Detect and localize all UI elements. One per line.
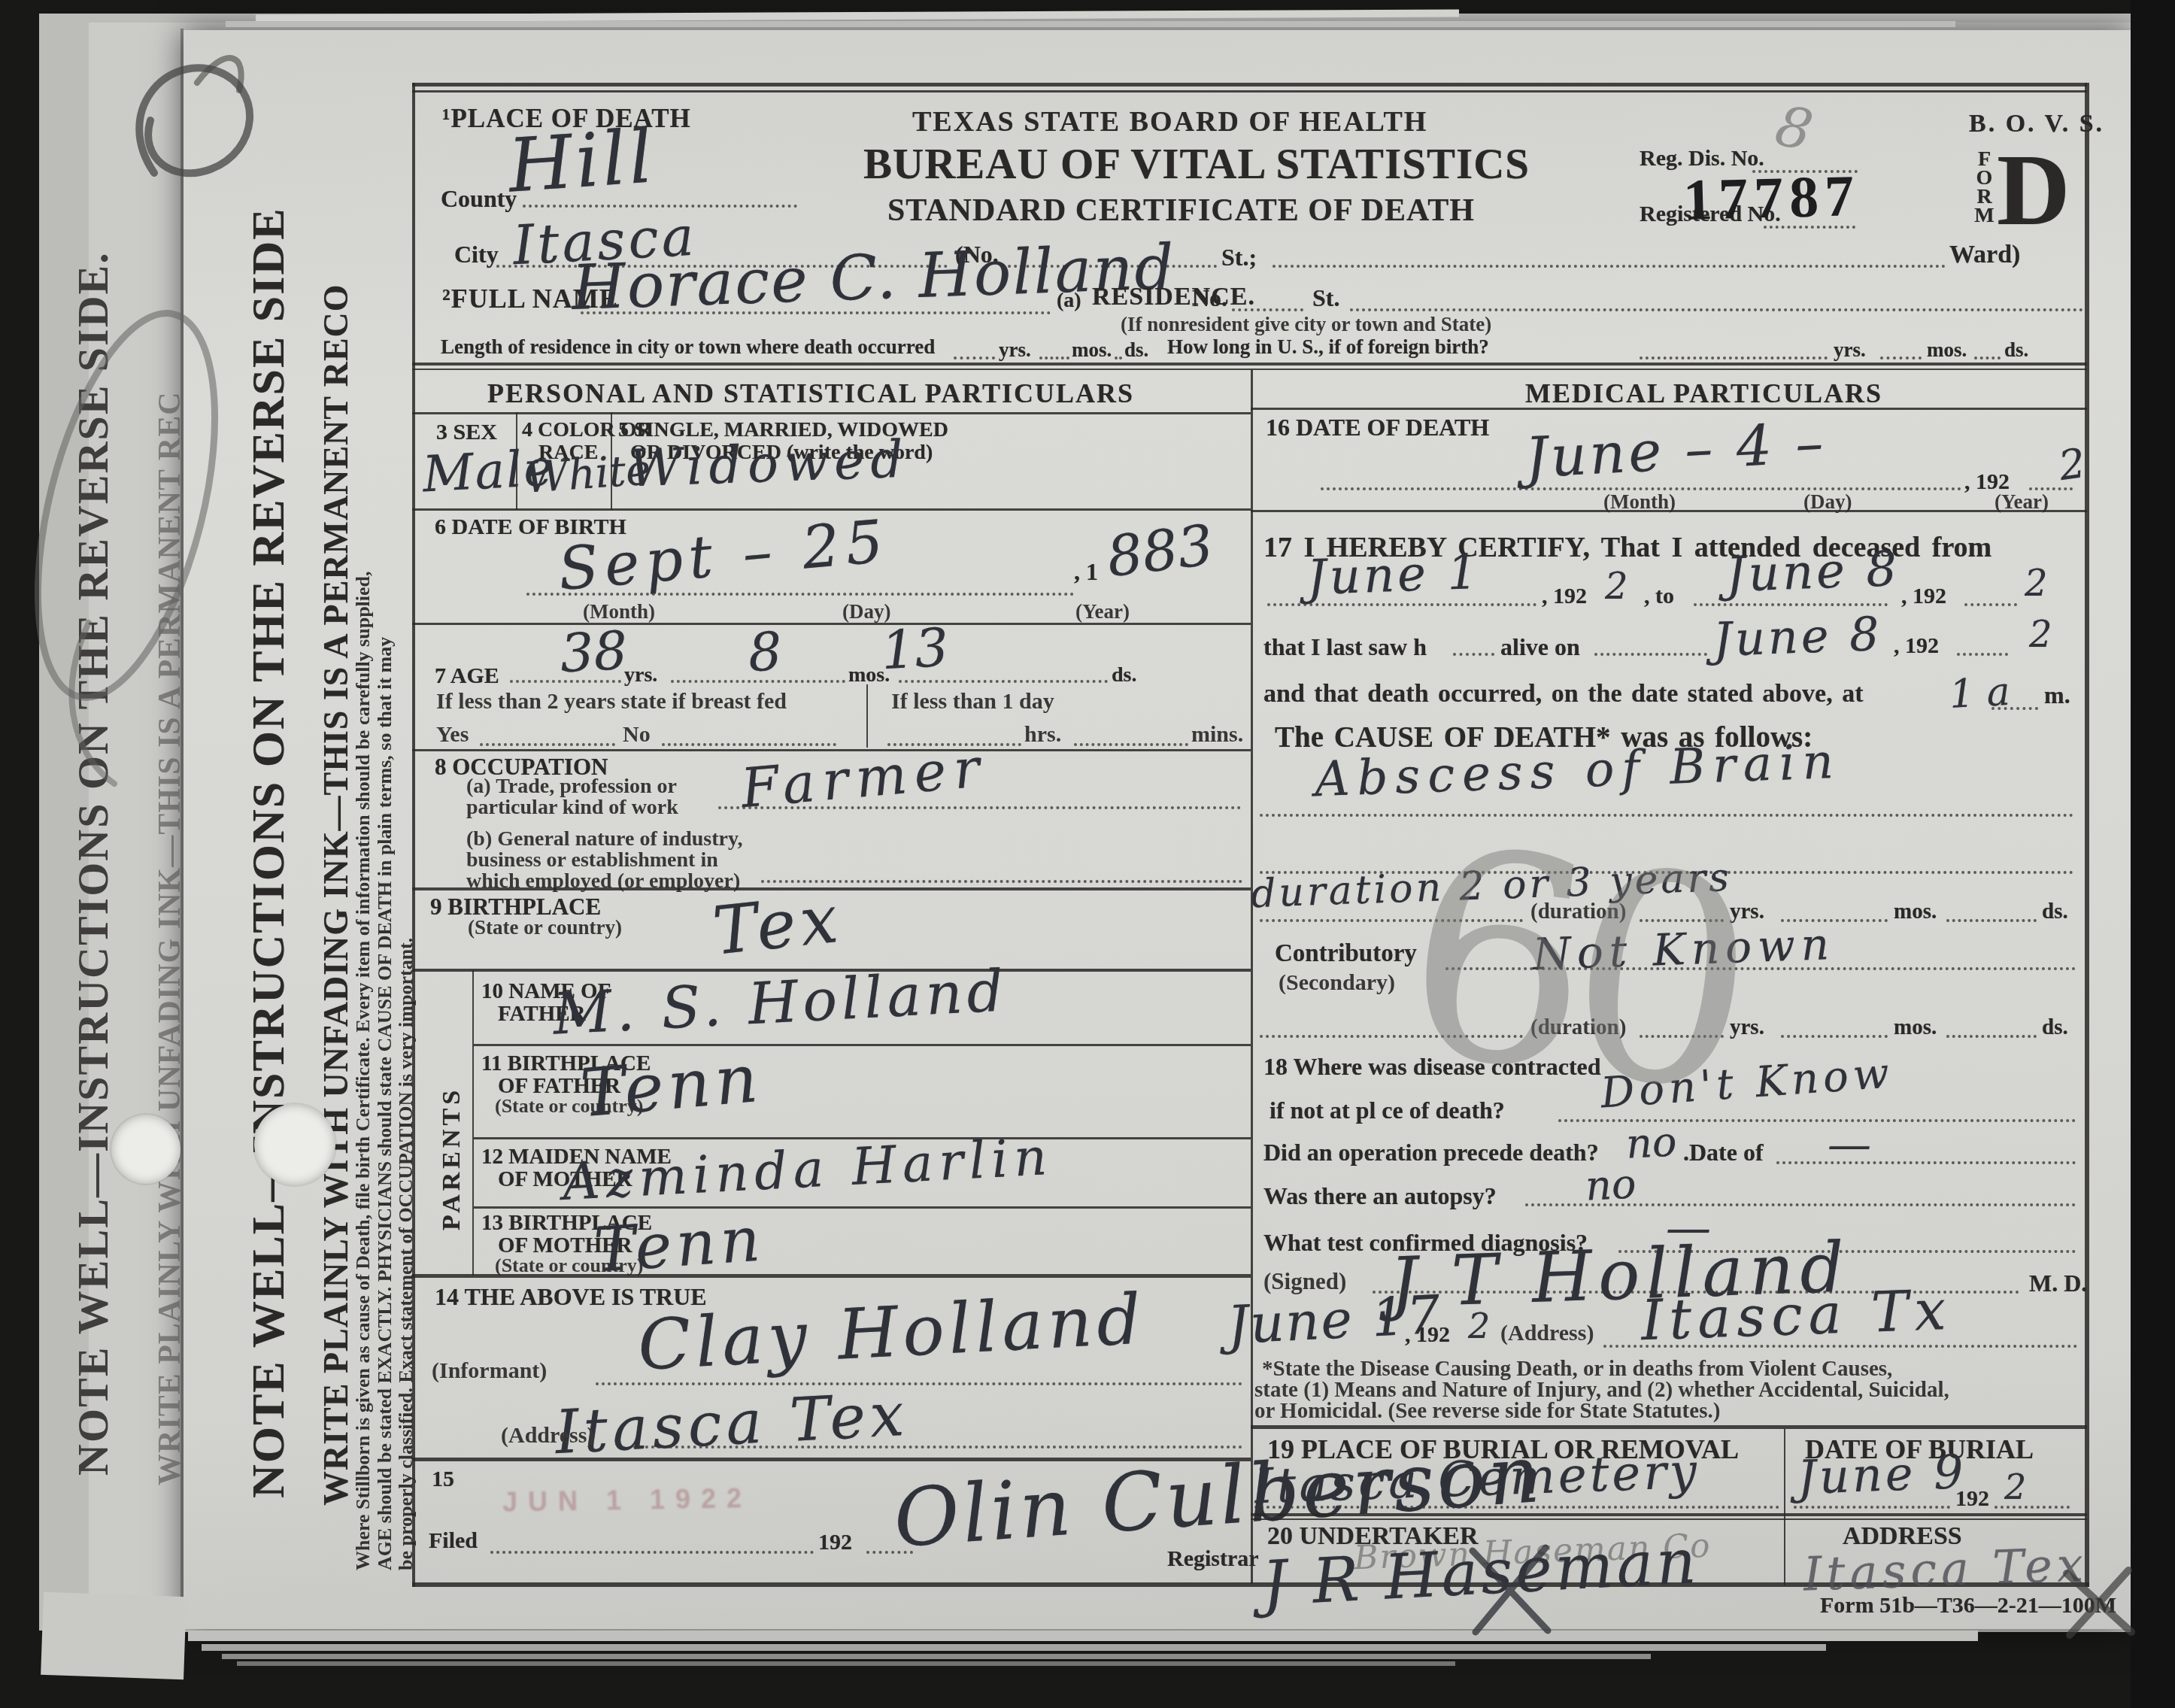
mother-underline: [474, 1206, 1251, 1209]
header-divider-1: [412, 363, 2087, 366]
age-ds-label: ds.: [1112, 663, 1136, 687]
full-name-dotted: [581, 311, 1051, 314]
autopsy-dotted: [1525, 1203, 2076, 1206]
parents-bottom-line: [412, 1274, 1251, 1278]
bottom-left-corner-stack: [41, 1592, 187, 1680]
certificate-title: STANDARD CERTIFICATE OF DEATH: [887, 193, 1475, 229]
residence-st-label: St.: [1312, 284, 1339, 312]
margin-note-well: NOTE WELL—INSTRUCTIONS ON THE REVERSE SI…: [242, 207, 296, 1498]
city-label: City: [454, 241, 499, 268]
informant-address-dotted: [633, 1446, 1242, 1449]
pencil-60-mark: 60: [1389, 784, 1755, 1155]
residence-st-dotted: [1350, 308, 2083, 311]
margin-small-line-2: AGE should be stated EXACTLY. PHYSICIANS…: [374, 637, 396, 1570]
registered-number-stamp: 17787: [1682, 162, 1861, 234]
no-dotted: [662, 743, 836, 746]
breastfed-note: If less than 2 years state if breast fed: [436, 689, 787, 714]
marital-value: Widowed: [628, 430, 910, 499]
last-saw-dotted-2: [1594, 653, 1707, 656]
last-saw-dotted-1: [1453, 653, 1494, 656]
last-saw-year: 2: [2029, 614, 2052, 656]
form-vertical-label: FORM: [1972, 147, 1996, 223]
secondary-label: (Secondary): [1279, 970, 1395, 996]
dob-year-prefix: , 1: [1074, 558, 1098, 586]
length-dotted-3: [1115, 356, 1122, 359]
age-dotted-1: [510, 680, 621, 683]
attended-year-prefix-2: , 192: [1901, 584, 1946, 609]
age-label: 7 AGE: [435, 663, 499, 689]
burial-year-dotted: [1995, 1506, 2070, 1509]
residence-no-dotted: [1232, 308, 1303, 311]
right-section-title: MEDICAL PARTICULARS: [1525, 378, 1882, 409]
sign-address-label: (Address): [1500, 1321, 1594, 1346]
hole-punch-main: [254, 1104, 335, 1185]
operation-dotted: [1776, 1161, 2076, 1164]
duration-mos-1: mos.: [1894, 900, 1937, 924]
scanned-death-certificate: NOTE WELL—INSTRUCTIONS ON THE REVERSE SI…: [0, 0, 2175, 1708]
length-ds: ds.: [1124, 338, 1148, 362]
attended-to-label: , to: [1644, 584, 1674, 609]
occupation-a-dotted: [718, 806, 1241, 809]
yes-label: Yes: [436, 722, 469, 748]
duration-ds-1: ds.: [2042, 900, 2068, 924]
dob-year-value: 883: [1103, 513, 1217, 590]
fifteen-label: 15: [432, 1467, 454, 1492]
length-residence-label: Length of residence in city or town wher…: [441, 335, 935, 359]
howlong-yrs: yrs.: [1834, 338, 1866, 362]
ward-label: Ward): [1949, 241, 2020, 269]
death-occurred-label: and that death occurred, on the date sta…: [1263, 680, 1864, 708]
md-label: M. D.: [2029, 1270, 2087, 1297]
informant-address-label: (Address): [501, 1423, 594, 1449]
dod-row-underline: [1251, 510, 2087, 512]
length-yrs: yrs.: [999, 338, 1031, 362]
contributory-label: Contributory: [1275, 940, 1417, 968]
age-ds-value: 13: [880, 617, 950, 682]
death-time-dotted: [1991, 707, 2038, 710]
header-divider-2: [412, 369, 2087, 370]
board-title: TEXAS STATE BOARD OF HEALTH: [912, 105, 1427, 138]
form-border-top-1: [412, 83, 2087, 86]
duration-mos-2: mos.: [1894, 1015, 1937, 1040]
form-letter-d: D: [1997, 132, 2070, 249]
duration-dotted-2c: [1781, 1035, 1888, 1038]
sex-row-underline: [412, 508, 1251, 511]
attended-dotted-2: [1694, 603, 1888, 606]
deep-margin-note: NOTE WELL—INSTRUCTIONS ON THE REVERSE SI…: [68, 251, 118, 1476]
age-yrs-label: yrs.: [624, 663, 657, 687]
operation-label: Did an operation precede death?: [1263, 1139, 1599, 1166]
duration-ds-2: ds.: [2042, 1015, 2068, 1040]
mins-dotted: [1074, 743, 1188, 746]
ward-dotted: [1273, 265, 1946, 268]
howlong-ds: ds.: [2004, 338, 2028, 362]
sign-address-value: Itasca Tx: [1640, 1278, 1953, 1353]
last-saw-date-value: June 8: [1712, 606, 1883, 667]
breastfed-divider: [866, 684, 868, 748]
form-border-left: [412, 83, 415, 1587]
sign-year-value: 2: [1468, 1306, 1490, 1346]
bottom-stack-edge-1: [188, 1631, 1978, 1641]
deep-margin-write: WRITE PLAINLY WITH UNFADING INK—THIS IS …: [152, 392, 188, 1486]
footnote-line-3: or Homicidal. (See reverse side for Stat…: [1254, 1399, 1720, 1424]
dob-year-caption: (Year): [1075, 600, 1130, 623]
length-dotted-1: [954, 356, 995, 359]
last-saw-dotted-3: [1957, 653, 2008, 656]
column-divider: [1251, 370, 1253, 1584]
county-value: Hill: [505, 114, 658, 209]
hole-punch-left: [111, 1115, 180, 1184]
burial-year-prefix: 192: [1955, 1486, 1989, 1512]
age-yrs-value: 38: [559, 620, 629, 685]
filed-date-stamp: JUN 1 1922: [502, 1482, 753, 1518]
death-time-value: 1 a: [1948, 669, 2011, 717]
filed-year-prefix: 192: [818, 1530, 852, 1555]
duration-dotted-1d: [1946, 919, 2037, 922]
undertaker-address-value: Itasca Tex: [1803, 1537, 2089, 1601]
length-dotted-2: [1039, 356, 1069, 359]
attended-from-year: 2: [1605, 566, 1628, 608]
left-section-title: PERSONAL AND STATISTICAL PARTICULARS: [487, 378, 1134, 409]
a-note: (a): [1057, 289, 1081, 313]
length-mos: mos.: [1072, 338, 1112, 362]
burial-divider: [1784, 1429, 1785, 1585]
last-saw-label: that I last saw h: [1263, 633, 1427, 661]
attended-to-year: 2: [2025, 563, 2048, 605]
age-dotted-3: [899, 680, 1108, 683]
form-border-top-2: [412, 90, 2087, 93]
attended-dotted-3: [1964, 603, 2017, 606]
undertaker-top-line-1: [1251, 1513, 2087, 1516]
registrar-label: Registrar: [1167, 1546, 1259, 1572]
parents-box-divider: [472, 970, 474, 1276]
margin-small-line-1: Where Stillborn is given as cause of Dea…: [352, 571, 375, 1570]
attended-dotted-1: [1267, 603, 1536, 606]
occupation-a-label-2: particular kind of work: [466, 796, 678, 820]
birthplace-state-caption: (State or country): [468, 916, 622, 939]
attended-to-value: June 8: [1725, 542, 1900, 603]
burial-place-dotted: [1254, 1506, 1779, 1509]
bottom-stack-edge-3: [222, 1654, 1651, 1659]
no-label: No: [623, 722, 651, 748]
age-mos-value: 8: [747, 620, 784, 684]
burial-date-value: June 9: [1797, 1444, 1967, 1505]
residence-label: RESIDENCE.: [1092, 283, 1255, 311]
duration-yrs-2: yrs.: [1730, 1015, 1764, 1040]
lessday-note: If less than 1 day: [891, 689, 1054, 714]
yes-dotted: [480, 743, 615, 746]
left-title-underline: [412, 412, 1251, 414]
birthplace-value: Tex: [709, 879, 845, 969]
top-page-sliver-2: [226, 21, 1955, 27]
bottom-stack-edge-2: [202, 1644, 1826, 1651]
form-number: Form 51b—T36—2-21—100M: [1820, 1593, 2116, 1619]
alive-on-label: alive on: [1500, 633, 1580, 661]
dob-dotted: [526, 593, 1074, 596]
dod-label: 16 DATE OF DEATH: [1266, 414, 1489, 441]
filed-label: Filed: [429, 1528, 478, 1554]
sign-year-prefix: , 192: [1405, 1322, 1450, 1348]
bureau-title: BUREAU OF VITAL STATISTICS: [863, 140, 1530, 189]
autopsy-value: no: [1584, 1160, 1637, 1209]
dob-row-underline: [412, 623, 1251, 625]
last-saw-year-prefix: , 192: [1894, 633, 1939, 659]
howlong-dotted-3: [1974, 356, 2001, 359]
hrs-label: hrs.: [1024, 722, 1061, 748]
form-border-right: [2085, 83, 2089, 1587]
howlong-mos: mos.: [1927, 338, 1967, 362]
informant-label: (Informant): [432, 1358, 547, 1384]
death-time-m-label: m.: [2044, 681, 2070, 709]
attended-year-prefix-1: , 192: [1542, 584, 1587, 609]
how-long-us-label: How long in U. S., if of foreign birth?: [1167, 335, 1489, 359]
undertaker-top-line-2: [1251, 1518, 2087, 1520]
howlong-dotted-1: [1640, 356, 1828, 359]
father-underline: [474, 1044, 1251, 1046]
autopsy-label: Was there an autopsy?: [1263, 1182, 1497, 1210]
burial-date-dotted: [1794, 1506, 1950, 1509]
margin-write-plainly: WRITE PLAINLY WITH UNFADING INK—THIS IS …: [316, 284, 356, 1506]
informant-dotted: [596, 1382, 1242, 1385]
nonresident-note: (If nonresident give city or town and St…: [1121, 313, 1491, 336]
right-title-underline: [1251, 408, 2087, 410]
right-scan-band: [2131, 0, 2175, 1708]
st-label: St.;: [1221, 244, 1257, 272]
burial-year-value: 2: [2004, 1467, 2026, 1507]
filed-dotted-1: [490, 1551, 814, 1554]
attended-from-value: June 1: [1306, 545, 1482, 606]
duration-dotted-2d: [1946, 1035, 2037, 1038]
sex-label: 3 SEX: [436, 420, 497, 445]
age-dotted-2: [671, 680, 845, 683]
father-bp-value: Tenn: [578, 1039, 765, 1133]
residence-no-label: No.: [1192, 284, 1227, 312]
bottom-stack-edge-4: [237, 1661, 1455, 1666]
age-mos-label: mos.: [848, 663, 890, 687]
parents-label: PARENTS: [438, 1087, 466, 1230]
mins-label: mins.: [1191, 722, 1243, 748]
county-label: County: [441, 185, 517, 213]
howlong-dotted-2: [1880, 356, 1922, 359]
burial-top-line: [1251, 1425, 2087, 1429]
